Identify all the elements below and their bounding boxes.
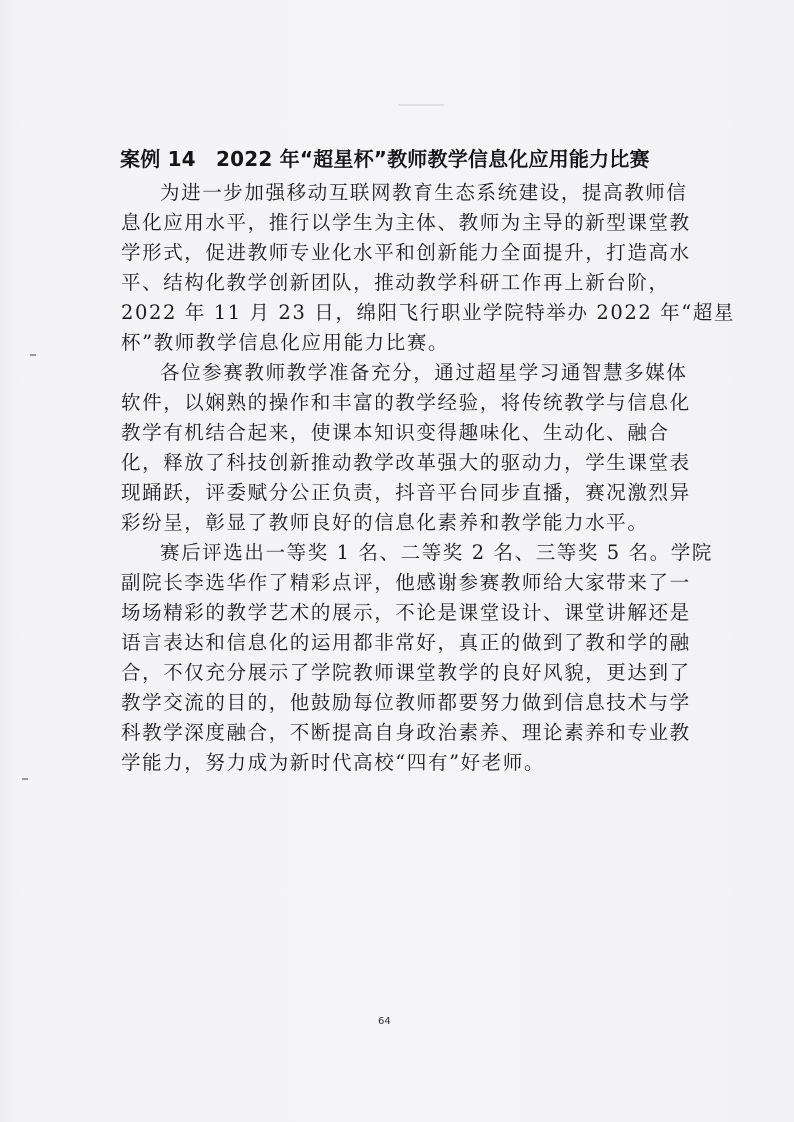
case-title: 案例 14 2022 年“超星杯”教师教学信息化应用能力比赛 — [120, 145, 760, 173]
text-line: 副院长李选华作了精彩点评，他感谢参赛教师给大家带来了一 — [82, 568, 741, 598]
text-line: 赛后评选出一等奖 1 名、二等奖 2 名、三等奖 5 名。学院 — [121, 538, 741, 568]
document-page: 案例 14 2022 年“超星杯”教师教学信息化应用能力比赛 为进一步加强移动互… — [0, 0, 794, 1122]
scan-artifact-mark — [22, 778, 28, 780]
paragraph-1: 为进一步加强移动互联网教育生态系统建设，提高教师信 息化应用水平，推行以学生为主… — [121, 178, 741, 358]
page-number: 64 — [378, 1016, 391, 1027]
text-line: 科教学深度融合，不断提高自身政治素养、理论素养和专业教 — [82, 718, 741, 748]
text-line: 2022 年 11 月 23 日，绵阳飞行职业学院特举办 2022 年“超星 — [82, 298, 741, 328]
text-line: 平、结构化教学创新团队，推动教学科研工作再上新台阶， — [82, 268, 741, 298]
text-line: 化，释放了科技创新推动教学改革强大的驱动力，学生课堂表 — [82, 448, 741, 478]
text-line: 教学交流的目的，他鼓励每位教师都要努力做到信息技术与学 — [82, 688, 741, 718]
text-line: 教学有机结合起来，使课本知识变得趣味化、生动化、融合 — [82, 418, 741, 448]
text-line: 场场精彩的教学艺术的展示，不论是课堂设计、课堂讲解还是 — [82, 598, 741, 628]
text-line: 各位参赛教师教学准备充分，通过超星学习通智慧多媒体 — [121, 358, 741, 388]
paragraph-2: 各位参赛教师教学准备充分，通过超星学习通智慧多媒体 软件，以娴熟的操作和丰富的教… — [121, 358, 741, 538]
scan-artifact-mark — [30, 354, 36, 356]
text-line: 学形式，促进教师专业化水平和创新能力全面提升，打造高水 — [82, 238, 741, 268]
text-line: 杯”教师教学信息化应用能力比赛。 — [82, 328, 741, 358]
paragraph-3: 赛后评选出一等奖 1 名、二等奖 2 名、三等奖 5 名。学院 副院长李选华作了… — [121, 538, 741, 778]
document-body: 为进一步加强移动互联网教育生态系统建设，提高教师信 息化应用水平，推行以学生为主… — [121, 178, 741, 778]
text-line: 语言表达和信息化的运用都非常好，真正的做到了教和学的融 — [82, 628, 741, 658]
text-line: 息化应用水平，推行以学生为主体、教师为主导的新型课堂教 — [82, 208, 741, 238]
text-line: 现踊跃，评委赋分公正负责，抖音平台同步直播，赛况激烈异 — [82, 478, 741, 508]
text-line: 学能力，努力成为新时代高校“四有”好老师。 — [82, 748, 741, 778]
text-line: 合，不仅充分展示了学院教师课堂教学的良好风貌，更达到了 — [82, 658, 741, 688]
text-line: 彩纷呈，彰显了教师良好的信息化素养和教学能力水平。 — [82, 508, 741, 538]
scan-artifact-line — [398, 104, 444, 106]
text-line: 软件，以娴熟的操作和丰富的教学经验，将传统教学与信息化 — [82, 388, 741, 418]
text-line: 为进一步加强移动互联网教育生态系统建设，提高教师信 — [121, 178, 741, 208]
